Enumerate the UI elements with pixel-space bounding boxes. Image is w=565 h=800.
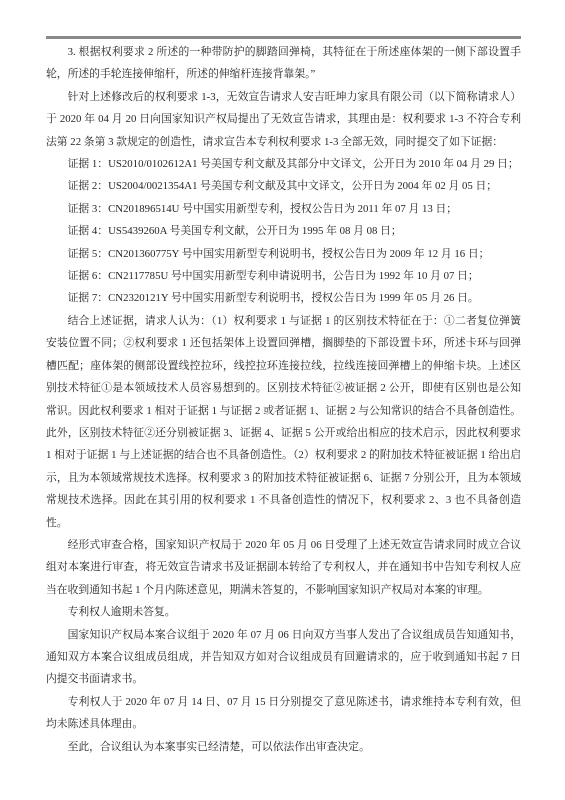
evidence-item-2: 证据 2：US2004/0021354A1 号美国专利文献及其中文译文，公开日为… bbox=[46, 175, 521, 197]
evidence-item-6: 证据 6：CN2117785U 号中国实用新型专利申请说明书，公告日为 1992… bbox=[46, 265, 521, 287]
paragraph-panel-notification: 国家知识产权局本案合议组于 2020 年 07 月 06 日向双方当事人发出了合… bbox=[46, 624, 521, 691]
paragraph-patentee-statements: 专利权人于 2020 年 07 月 14 日、07 月 15 日分别提交了意见陈… bbox=[46, 691, 521, 736]
evidence-item-1: 证据 1：US2010/0102612A1 号美国专利文献及其部分中文译文，公开… bbox=[46, 153, 521, 175]
document-body: 3. 根据权利要求 2 所述的一种带防护的脚踏回弹椅，其特征在于所述座体架的一侧… bbox=[46, 41, 521, 758]
evidence-item-4: 证据 4：US5439260A 号美国专利文献，公开日为 1995 年 08 月… bbox=[46, 220, 521, 242]
header-rule bbox=[46, 36, 521, 39]
paragraph-invalidation-request: 针对上述修改后的权利要求 1-3，无效宣告请求人安吉旺坤力家具有限公司（以下简称… bbox=[46, 86, 521, 153]
paragraph-formal-examination: 经形式审查合格，国家知识产权局于 2020 年 05 月 06 日受理了上述无效… bbox=[46, 534, 521, 601]
document-page: 3. 根据权利要求 2 所述的一种带防护的脚踏回弹椅，其特征在于所述座体架的一侧… bbox=[0, 0, 565, 800]
paragraph-conclusion: 至此，合议组认为本案事实已经清楚，可以依法作出审查决定。 bbox=[46, 736, 521, 758]
paragraph-claim-3-quote: 3. 根据权利要求 2 所述的一种带防护的脚踏回弹椅，其特征在于所述座体架的一侧… bbox=[46, 41, 521, 86]
paragraph-patentee-no-reply: 专利权人逾期未答复。 bbox=[46, 601, 521, 623]
paragraph-requester-arguments: 结合上述证据，请求人认为：（1）权利要求 1 与证据 1 的区别技术特征在于：①… bbox=[46, 310, 521, 534]
evidence-item-3: 证据 3：CN201896514U 号中国实用新型专利，授权公告日为 2011 … bbox=[46, 198, 521, 220]
evidence-item-5: 证据 5：CN201360775Y 号中国实用新型专利说明书，授权公告日为 20… bbox=[46, 243, 521, 265]
evidence-item-7: 证据 7：CN2320121Y 号中国实用新型专利说明书，授权公告日为 1999… bbox=[46, 287, 521, 309]
